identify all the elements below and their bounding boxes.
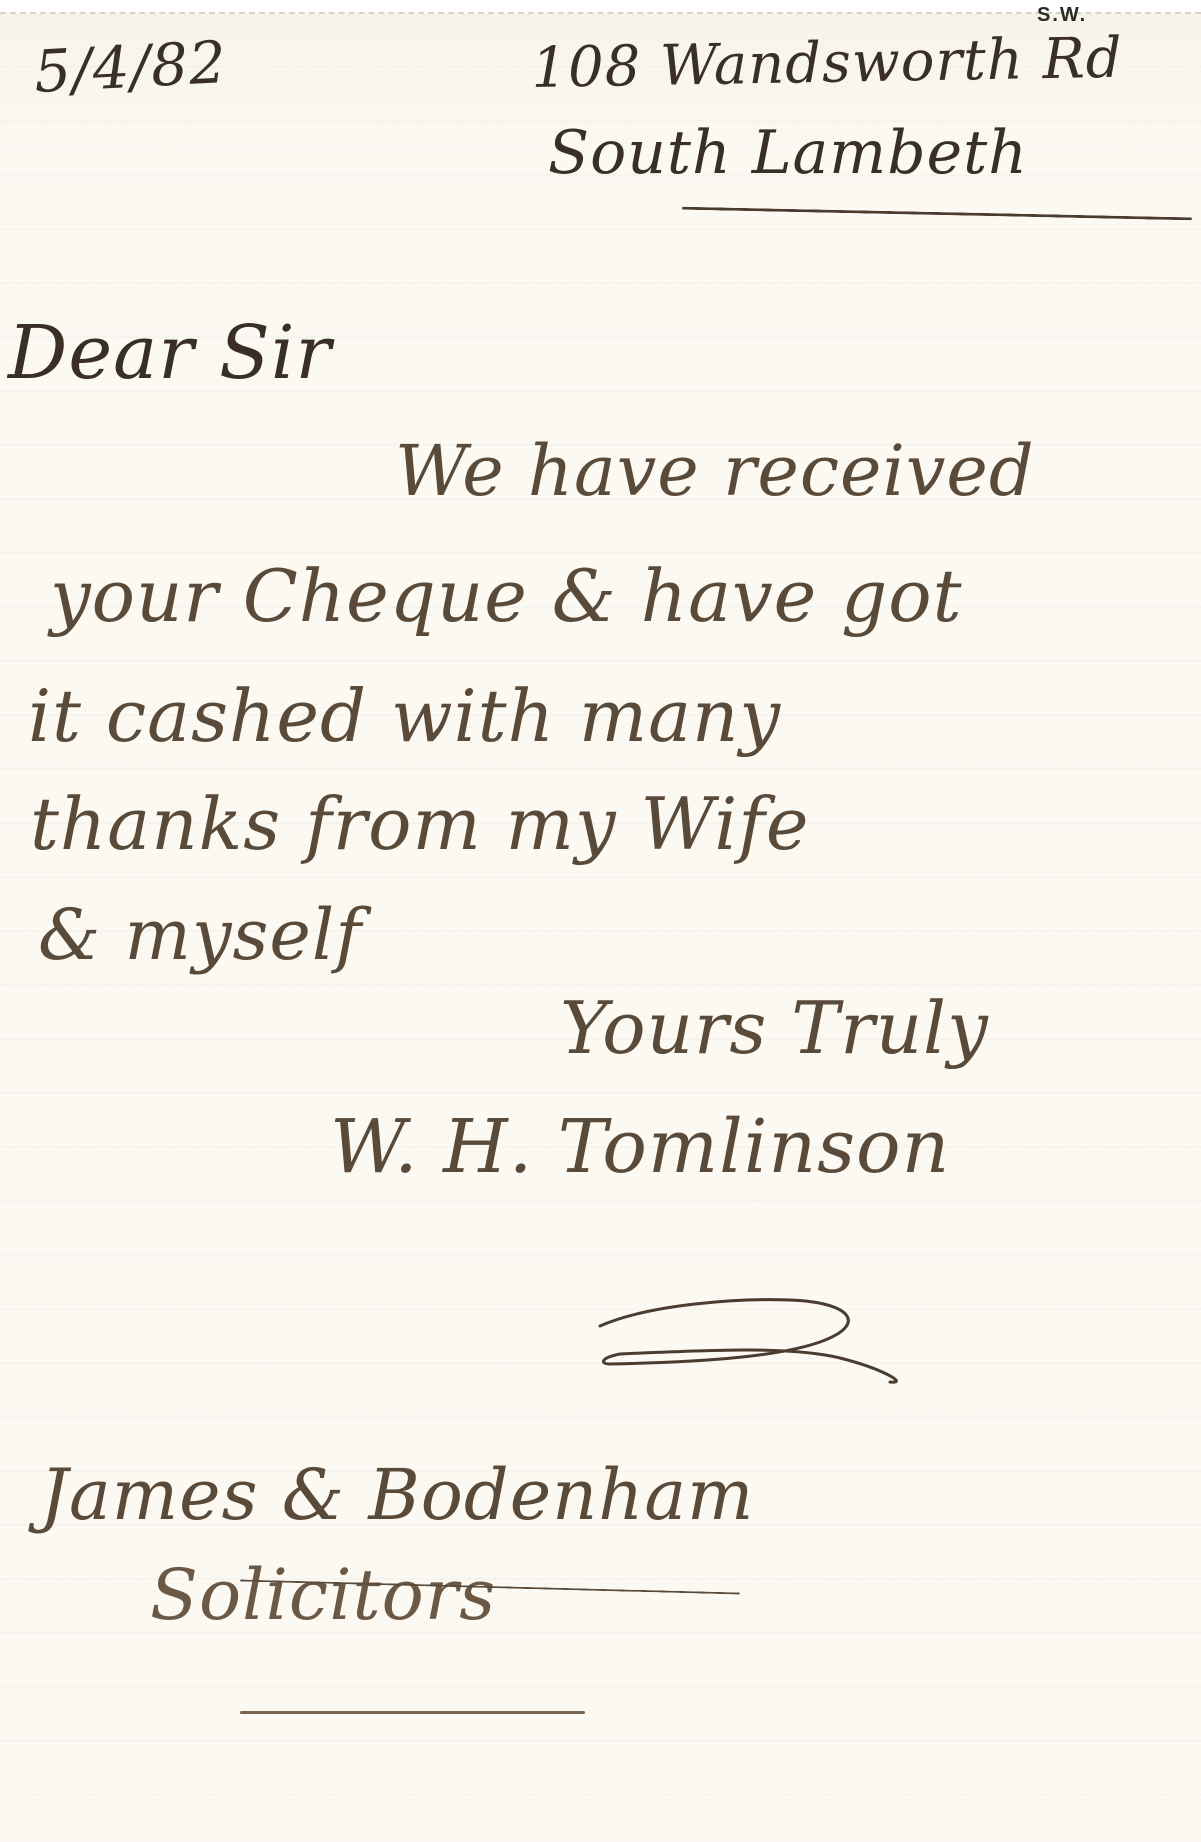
signature-flourish <box>590 1284 930 1394</box>
address-line-1: 108 Wandsworth Rd <box>531 26 1123 101</box>
body-line-1: We have received <box>395 430 1035 512</box>
body-line-5: & myself <box>38 894 362 976</box>
show-through-text <box>150 94 172 176</box>
address-underline <box>682 207 1192 221</box>
closing-rule <box>240 1711 585 1714</box>
addressee-title: Solicitors <box>150 1554 496 1636</box>
letter-page: S.W. 5/4/82 108 Wandsworth Rd South Lamb… <box>0 12 1201 1842</box>
addressee-name: James & Bodenham <box>40 1454 754 1536</box>
body-line-2: your Cheque & have got <box>50 554 963 638</box>
salutation: Dear Sir <box>8 310 332 396</box>
closing: Yours Truly <box>560 986 989 1070</box>
letter-date: 5/4/82 <box>32 28 228 106</box>
address-line-2: South Lambeth <box>548 118 1028 188</box>
signature: W. H. Tomlinson <box>330 1104 950 1190</box>
body-line-4: thanks from my Wife <box>30 782 810 866</box>
postal-district-stamp: S.W. <box>1037 4 1087 27</box>
body-line-3: it cashed with many <box>28 674 781 758</box>
